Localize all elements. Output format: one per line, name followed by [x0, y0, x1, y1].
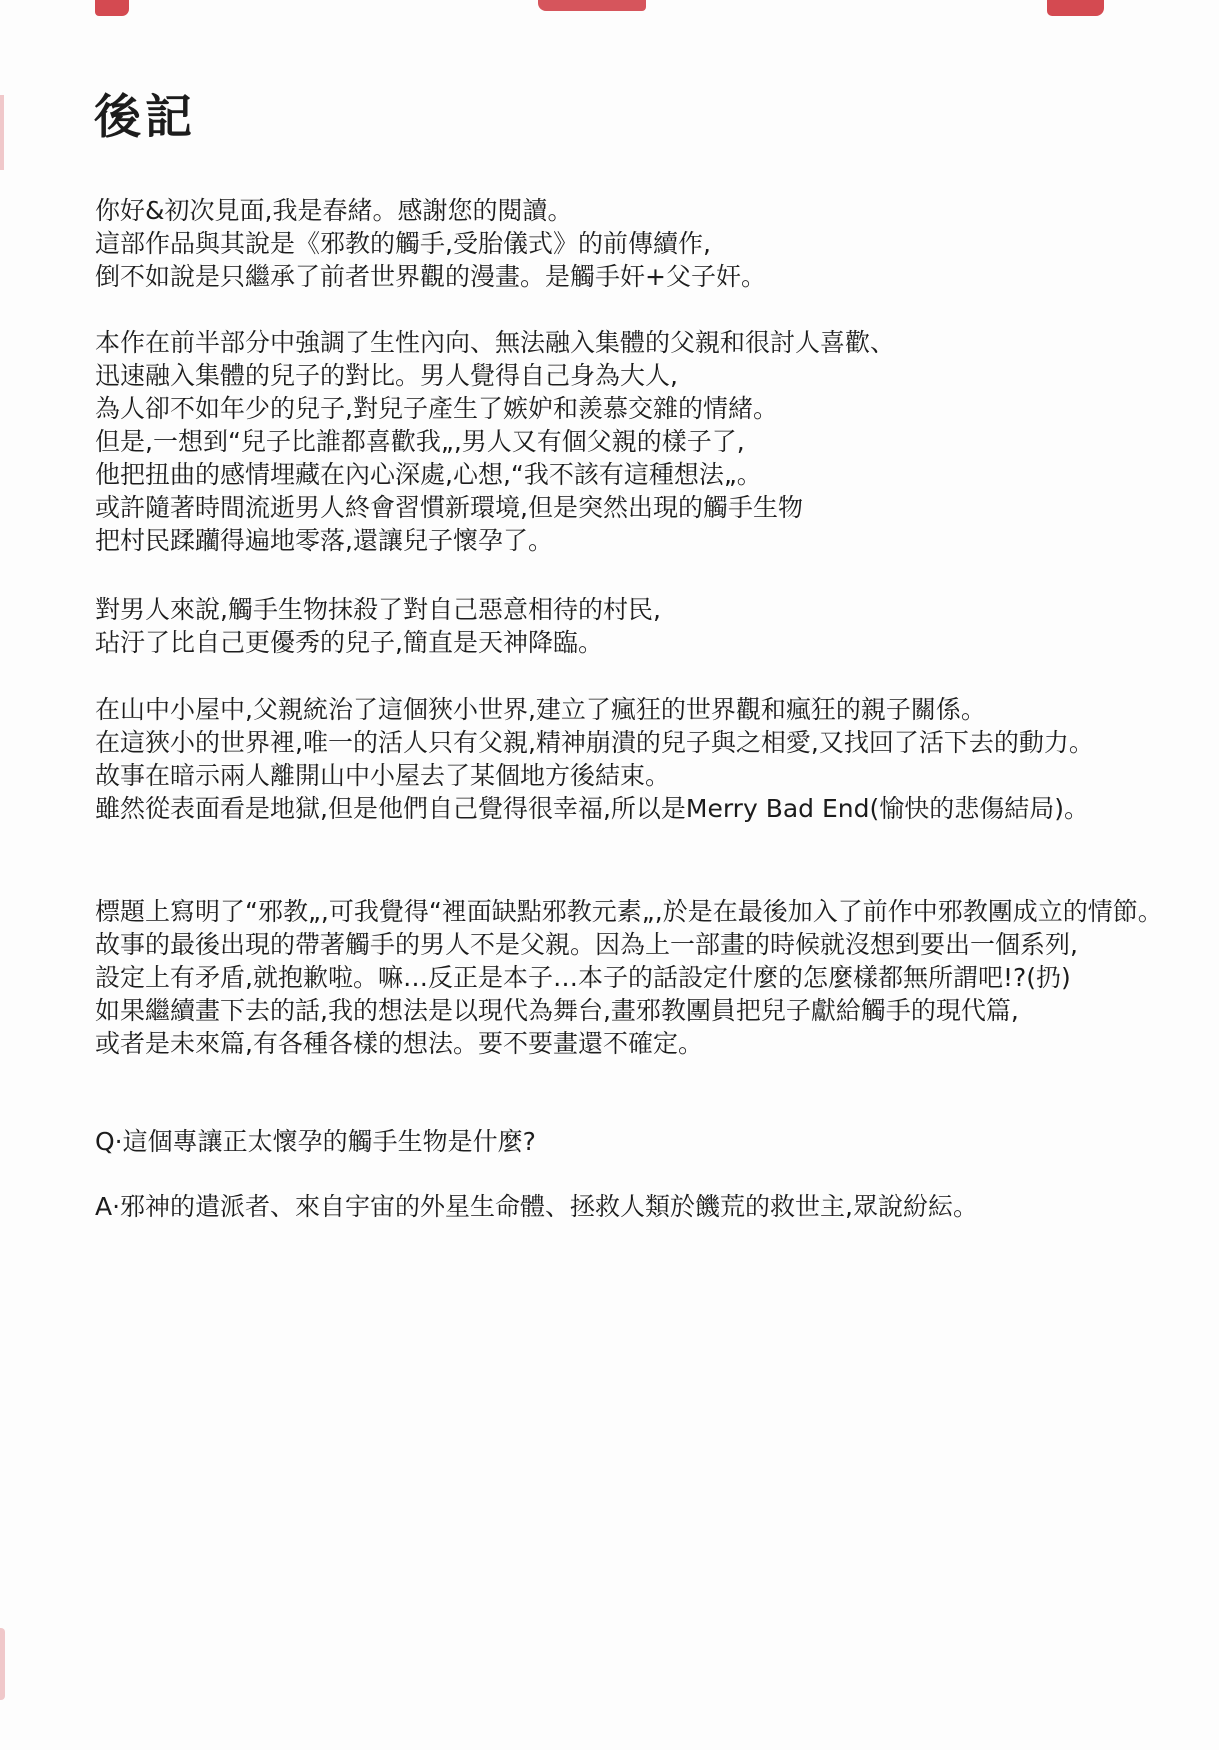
- text-line: 設定上有矛盾,就抱歉啦。嘛…反正是本子…本子的話設定什麼的怎麼樣都無所謂吧!?(…: [95, 961, 1163, 994]
- text-line: 或者是未來篇,有各種各樣的想法。要不要畫還不確定。: [95, 1027, 1163, 1060]
- text-line: 標題上寫明了“邪教„,可我覺得“裡面缺點邪教元素„,於是在最後加入了前作中邪教團…: [95, 895, 1163, 928]
- red-ink-mark-top-right: [1047, 0, 1104, 16]
- afterword-page: 後記 你好&初次見面,我是春緒。感謝您的閱讀。這部作品與其說是《邪教的觸手,受胎…: [0, 0, 1219, 1750]
- page-title: 後記: [94, 92, 196, 144]
- text-line: 迅速融入集體的兒子的對比。男人覺得自己身為大人,: [95, 359, 895, 392]
- text-line: 他把扭曲的感情埋藏在內心深處,心想,“我不該有這種想法„。: [95, 458, 895, 491]
- red-ink-mark-bottom-left: [0, 1628, 5, 1700]
- red-ink-mark-top-left: [95, 0, 129, 16]
- qa-answer: A·邪神的遣派者、來自宇宙的外星生命體、拯救人類於饑荒的救世主,眾說紛紜。: [95, 1190, 978, 1223]
- text-line: 雖然從表面看是地獄,但是他們自己覺得很幸福,所以是Merry Bad End(愉…: [95, 792, 1094, 825]
- text-line: 如果繼續畫下去的話,我的想法是以現代為舞台,畫邪教團員把兒子獻給觸手的現代篇,: [95, 994, 1163, 1027]
- text-line: 在這狹小的世界裡,唯一的活人只有父親,精神崩潰的兒子與之相愛,又找回了活下去的動…: [95, 726, 1094, 759]
- text-line: 為人卻不如年少的兒子,對兒子產生了嫉妒和羨慕交雜的情緒。: [95, 392, 895, 425]
- text-line: 玷汙了比自己更優秀的兒子,簡直是天神降臨。: [95, 626, 661, 659]
- red-ink-mark-left-edge: [0, 95, 4, 170]
- text-line: 對男人來說,觸手生物抹殺了對自己惡意相待的村民,: [95, 593, 661, 626]
- paragraph-cabin-ending: 在山中小屋中,父親統治了這個狹小世界,建立了瘋狂的世界觀和瘋狂的親子關係。在這狹…: [95, 693, 1094, 825]
- text-line: 或許隨著時間流逝男人終會習慣新環境,但是突然出現的觸手生物: [95, 491, 895, 524]
- text-line: 倒不如說是只繼承了前者世界觀的漫畫。是觸手奸+父子奸。: [95, 260, 766, 293]
- text-line: 但是,一想到“兒子比誰都喜歡我„,男人又有個父親的樣子了,: [95, 425, 895, 458]
- qa-question: Q·這個專讓正太懷孕的觸手生物是什麼?: [95, 1125, 536, 1158]
- red-ink-mark-top-center: [538, 0, 646, 11]
- paragraph-villagers: 對男人來說,觸手生物抹殺了對自己惡意相待的村民,玷汙了比自己更優秀的兒子,簡直是…: [95, 593, 661, 659]
- paragraph-intro: 你好&初次見面,我是春緒。感謝您的閱讀。這部作品與其說是《邪教的觸手,受胎儀式》…: [95, 194, 766, 293]
- text-line: 本作在前半部分中強調了生性內向、無法融入集體的父親和很討人喜歡、: [95, 326, 895, 359]
- text-line: 故事的最後出現的帶著觸手的男人不是父親。因為上一部畫的時候就沒想到要出一個系列,: [95, 928, 1163, 961]
- text-line: 故事在暗示兩人離開山中小屋去了某個地方後結束。: [95, 759, 1094, 792]
- text-line: 把村民蹂躪得遍地零落,還讓兒子懷孕了。: [95, 524, 895, 557]
- text-line: 在山中小屋中,父親統治了這個狹小世界,建立了瘋狂的世界觀和瘋狂的親子關係。: [95, 693, 1094, 726]
- paragraph-title-notes: 標題上寫明了“邪教„,可我覺得“裡面缺點邪教元素„,於是在最後加入了前作中邪教團…: [95, 895, 1163, 1060]
- text-line: 這部作品與其說是《邪教的觸手,受胎儀式》的前傳續作,: [95, 227, 766, 260]
- text-line: 你好&初次見面,我是春緒。感謝您的閱讀。: [95, 194, 766, 227]
- paragraph-story-setup: 本作在前半部分中強調了生性內向、無法融入集體的父親和很討人喜歡、迅速融入集體的兒…: [95, 326, 895, 557]
